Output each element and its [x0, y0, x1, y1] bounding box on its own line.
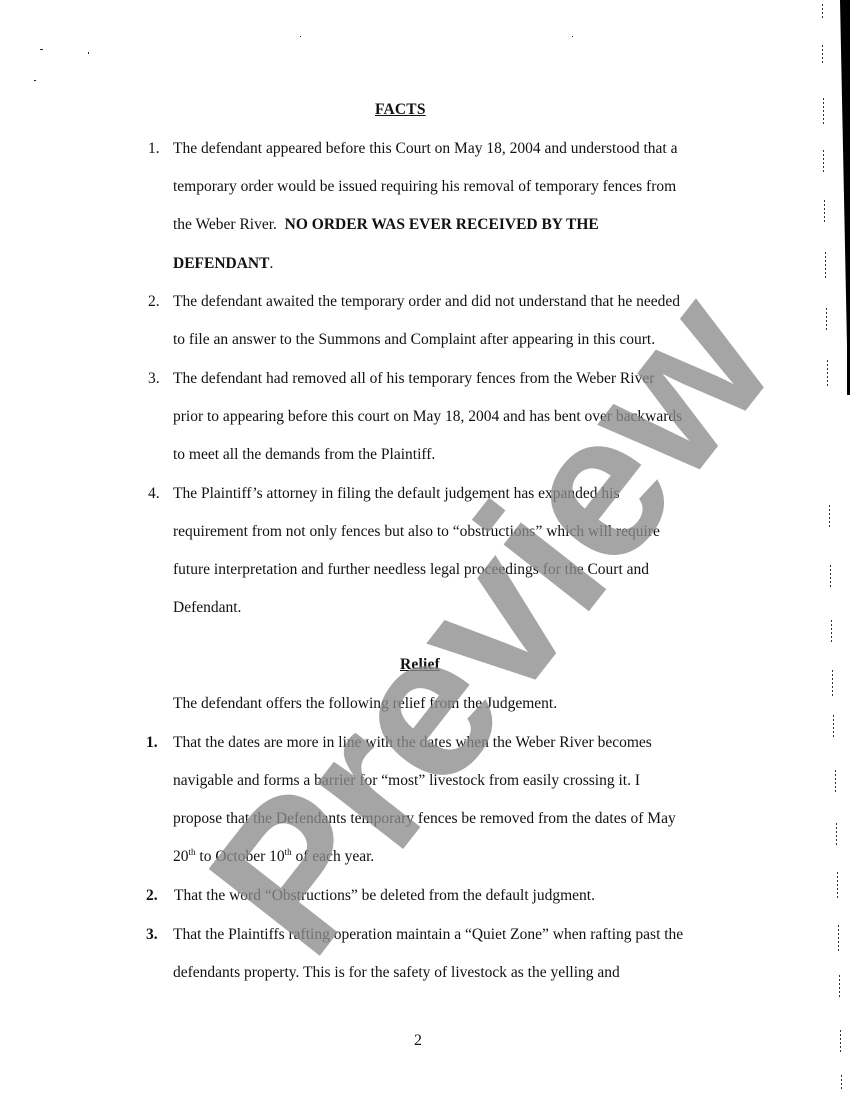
item-text-line: future interpretation and further needle…: [173, 561, 649, 579]
scan-speckle: [88, 52, 89, 54]
scan-speckle: [827, 360, 828, 386]
item-text-line: The defendant awaited the temporary orde…: [173, 293, 680, 311]
item-text-line: The Plaintiff’s attorney in filing the d…: [173, 485, 620, 503]
item-text-line: propose that the Defendants temporary fe…: [173, 810, 676, 828]
scan-speckle: [40, 49, 43, 50]
item-number: 2.: [146, 887, 158, 905]
scan-speckle: [824, 200, 825, 224]
scan-speckle: [823, 98, 824, 124]
scan-speckle: [841, 1075, 842, 1091]
item-text-emphasis: DEFENDANT: [173, 255, 269, 272]
item-text-line: That the dates are more in line with the…: [173, 734, 652, 752]
item-number: 3.: [148, 370, 160, 388]
item-text-emphasis: NO ORDER WAS EVER RECEIVED BY THE: [285, 216, 599, 233]
scan-speckle: [835, 770, 836, 792]
scan-speckle: [833, 715, 834, 739]
scan-speckle: [832, 670, 833, 696]
item-text-line: 20th to October 10th of each year.: [173, 848, 374, 866]
item-number: 2.: [148, 293, 160, 311]
item-text-line: The defendant appeared before this Court…: [173, 140, 677, 158]
item-text-line: the Weber River. NO ORDER WAS EVER RECEI…: [173, 216, 599, 234]
scan-speckle: [839, 975, 840, 999]
item-number: 3.: [146, 926, 158, 944]
item-text-line: navigable and forms a barrier for “most”…: [173, 772, 640, 790]
scan-speckle: [822, 45, 823, 65]
item-number: 1.: [146, 734, 158, 752]
scan-speckle: [831, 620, 832, 644]
item-text-line: to file an answer to the Summons and Com…: [173, 331, 655, 349]
item-text-line: defendants property. This is for the saf…: [173, 964, 620, 982]
item-text-segment: .: [269, 255, 273, 272]
item-number: 4.: [148, 485, 160, 503]
scan-speckle: [826, 308, 827, 330]
relief-heading: Relief: [400, 656, 440, 674]
item-text-line: That the word “Obstructions” be deleted …: [174, 887, 595, 905]
scan-speckle: [840, 1030, 841, 1054]
item-text-line: to meet all the demands from the Plainti…: [173, 446, 435, 464]
facts-heading: FACTS: [375, 101, 426, 119]
scan-speckle: [300, 36, 301, 37]
scan-speckle: [825, 252, 826, 278]
scan-speckle: [823, 150, 824, 174]
item-text-line: temporary order would be issued requirin…: [173, 178, 676, 196]
item-text-segment: the Weber River.: [173, 216, 277, 233]
relief-intro: The defendant offers the following relie…: [173, 695, 557, 713]
scan-speckle: [822, 4, 823, 18]
item-text-line: DEFENDANT.: [173, 255, 273, 273]
item-text-line: The defendant had removed all of his tem…: [173, 370, 654, 388]
scan-speckle: [34, 80, 36, 81]
item-text-line: Defendant.: [173, 599, 241, 617]
item-number: 1.: [148, 140, 160, 158]
scan-speckle: [829, 505, 830, 527]
item-text-segment: of each year.: [292, 848, 375, 865]
scan-speckle: [572, 36, 573, 37]
scan-speckle: [838, 925, 839, 951]
scan-speckle: [836, 823, 837, 847]
ordinal-suffix: th: [189, 847, 196, 857]
item-text-segment: 20: [173, 848, 189, 865]
document-page: FACTS 1. The defendant appeared before t…: [0, 0, 850, 1104]
item-text-segment: to October 10: [196, 848, 285, 865]
scan-speckle: [830, 565, 831, 589]
item-text-line: That the Plaintiffs rafting operation ma…: [173, 926, 683, 944]
page-number: 2: [414, 1032, 422, 1050]
scan-speckle: [837, 872, 838, 898]
item-text-line: requirement from not only fences but als…: [173, 523, 660, 541]
item-text-line: prior to appearing before this court on …: [173, 408, 682, 426]
ordinal-suffix: th: [285, 847, 292, 857]
